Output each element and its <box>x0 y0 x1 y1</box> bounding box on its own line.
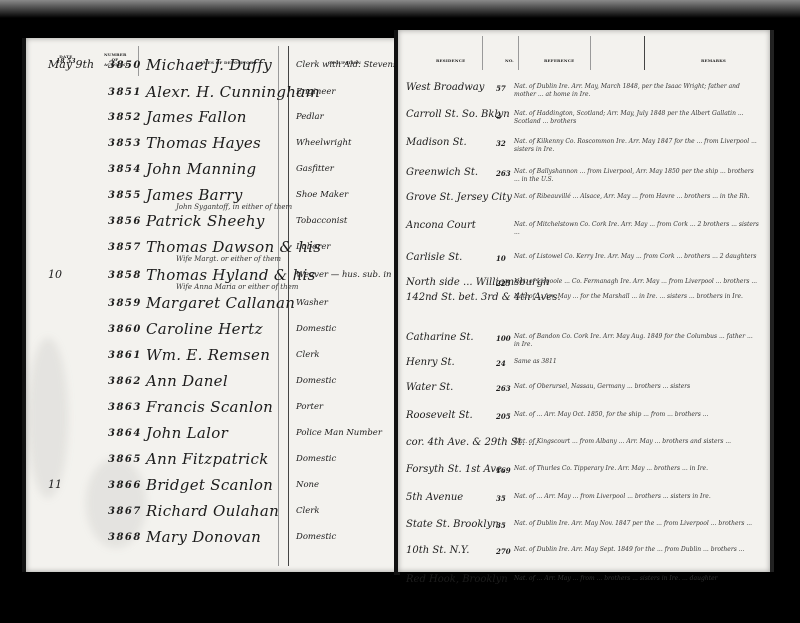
reference-text: Nat. of Listowel Co. Kerry Ire. Arr. May… <box>514 253 759 261</box>
reference-text: Nat. of ... Arr. May ... from Liverpool … <box>514 493 759 501</box>
house-number: 263 <box>496 169 511 178</box>
occupation: Laborer <box>296 242 330 252</box>
account-number: 3858 <box>108 270 142 281</box>
occupation: Domestic <box>296 324 336 334</box>
reference-text: Nat. of Kingscourt ... from Albany ... A… <box>514 438 759 446</box>
account-number: 3855 <box>108 190 142 201</box>
reference-text: Nat. of Bandon Co. Cork Ire. Arr. May Au… <box>514 333 759 348</box>
joint-account-note: Wife Margt. or either of them <box>176 255 281 263</box>
residence: Henry St. <box>406 357 455 368</box>
account-number: 3867 <box>108 506 142 517</box>
reference-text: Nat. of Oberursel, Nassau, Germany ... b… <box>514 383 759 391</box>
residence: West Broadway <box>406 82 484 93</box>
occupation: Police Man Number <box>296 428 382 438</box>
occupation: Pedlar <box>296 112 324 122</box>
depositor-name: Bridget Scanlon <box>146 476 273 494</box>
occupation: Porter <box>296 402 323 412</box>
house-number: 10 <box>496 254 506 263</box>
account-number: 3853 <box>108 138 142 149</box>
depositor-name: Wm. E. Remsen <box>146 346 270 364</box>
occupation: Domestic <box>296 454 336 464</box>
occupation: Tobacconist <box>296 216 347 226</box>
residence: Carlisle St. <box>406 252 462 263</box>
account-number: 3854 <box>108 164 142 175</box>
occupation: Domestic <box>296 532 336 542</box>
occupation: Wheelwright <box>296 138 351 148</box>
header-residence: RESIDENCE <box>436 58 465 63</box>
account-number: 3850 <box>108 60 142 71</box>
occupation: Clerk with Ald. Stevens <box>296 60 397 70</box>
account-number: 3859 <box>108 298 142 309</box>
residence: Ancona Court <box>406 220 476 231</box>
house-number: 169 <box>496 466 511 475</box>
reference-text: Nat. of ... Arr. May ... for the Marshal… <box>514 293 759 301</box>
house-number: 24 <box>496 359 506 368</box>
account-number: 3861 <box>108 350 142 361</box>
depositor-name: Thomas Hayes <box>146 134 261 152</box>
account-number: 3865 <box>108 454 142 465</box>
depositor-name: Mary Donovan <box>146 528 261 546</box>
reference-text: Nat. of Dublin Ire. Arr. May Sept. 1849 … <box>514 546 759 554</box>
depositor-name: John Lalor <box>146 424 228 442</box>
header-no: No. <box>505 58 514 63</box>
house-number: 263 <box>496 384 511 393</box>
depositor-name: Caroline Hertz <box>146 320 263 338</box>
reference-text: Nat. of Dublin Ire. Arr. May, March 1848… <box>514 83 759 98</box>
account-number: 3857 <box>108 242 142 253</box>
occupation: Clerk <box>296 350 319 360</box>
house-number: 270 <box>496 547 511 556</box>
occupation: None <box>296 480 319 490</box>
residence: 5th Avenue <box>406 492 463 503</box>
depositor-name: Francis Scanlon <box>146 398 273 416</box>
depositor-name: Richard Oulahan <box>146 502 279 520</box>
account-number: 3866 <box>108 480 142 491</box>
residence: 10th St. N.Y. <box>406 545 469 556</box>
residence: Catharine St. <box>406 332 474 343</box>
entry-date: 10 <box>48 268 62 281</box>
depositor-name: Thomas Dawson & his <box>146 238 321 256</box>
account-number: 3863 <box>108 402 142 413</box>
account-number: 3868 <box>108 532 142 543</box>
residence: Greenwich St. <box>406 167 478 178</box>
ledger-left-page: DATE 18 53 Number of Account NAMES OF DE… <box>22 38 402 572</box>
depositor-name: James Fallon <box>146 108 247 126</box>
account-number: 3851 <box>108 87 142 98</box>
entry-date: 11 <box>48 478 62 491</box>
house-number: 225 <box>496 279 511 288</box>
account-number: 3862 <box>108 376 142 387</box>
account-number: 3860 <box>108 324 142 335</box>
joint-account-note: Wife Anna Maria or either of them <box>176 283 298 291</box>
residence: Grove St. Jersey City <box>406 192 512 203</box>
depositor-name: Ann Fitzpatrick <box>146 450 269 468</box>
depositor-name: Michael J. Duffy <box>146 56 272 74</box>
residence: Madison St. <box>406 137 467 148</box>
header-remarks: REMARKS <box>701 58 726 63</box>
occupation: Washer <box>296 298 328 308</box>
residence: Water St. <box>406 382 453 393</box>
residence: Roosevelt St. <box>406 410 473 421</box>
reference-text: Nat. of Ballyshannon ... from Liverpool,… <box>514 168 759 183</box>
account-number: 3864 <box>108 428 142 439</box>
depositor-name: Patrick Sheehy <box>146 212 265 230</box>
ledger-right-page: RESIDENCE No. REFERENCE REMARKS West Bro… <box>398 30 774 572</box>
joint-account-note: John Sygantoff, in either of them <box>176 203 292 211</box>
reference-text: Nat. of Kilkenny Co. Roscommon Ire. Arr.… <box>514 138 759 153</box>
house-number: 100 <box>496 334 511 343</box>
reference-text: Nat. of ... Arr. May ... from ... brothe… <box>514 575 759 583</box>
reference-text: Nat. of ... Arr. May Oct. 1850, for the … <box>514 411 759 419</box>
house-number: 2 <box>496 111 501 120</box>
residence: Carroll St. So. Bklyn <box>406 109 510 120</box>
occupation: Domestic <box>296 376 336 386</box>
residence: Red Hook, Brooklyn <box>406 574 508 585</box>
depositor-name: John Manning <box>146 160 256 178</box>
depositor-name: Ann Danel <box>146 372 228 390</box>
entry-date: May 9th <box>48 58 94 71</box>
reference-text: Nat. of Ribeauvillé ... Alsace, Arr. May… <box>514 193 759 201</box>
depositor-name: Thomas Hyland & his <box>146 266 316 284</box>
depositor-name: James Barry <box>146 186 243 204</box>
depositor-name: Margaret Callanan <box>146 294 295 312</box>
occupation: Engineer <box>296 87 335 97</box>
occupation: Clerk <box>296 506 319 516</box>
account-number: 3856 <box>108 216 142 227</box>
residence: Forsyth St. 1st Ave. <box>406 464 505 475</box>
occupation: Shoe Maker <box>296 190 348 200</box>
reference-text: Nat. of Dublin Ire. Arr. May Nov. 1847 p… <box>514 520 759 528</box>
house-number: 57 <box>496 84 506 93</box>
house-number: 32 <box>496 139 506 148</box>
reference-text: Nat. of Thurles Co. Tipperary Ire. Arr. … <box>514 465 759 473</box>
reference-text: Nat. of Lisgoole ... Co. Fermanagh Ire. … <box>514 278 759 286</box>
account-number: 3852 <box>108 112 142 123</box>
occupation: Gasfitter <box>296 164 334 174</box>
house-number: 35 <box>496 521 506 530</box>
header-reference: REFERENCE <box>544 58 574 63</box>
residence: State St. Brooklyn <box>406 519 499 530</box>
reference-text: Nat. of Mitchelstown Co. Cork Ire. Arr. … <box>514 221 759 236</box>
depositor-name: Alexr. H. Cunningham <box>146 83 320 101</box>
reference-text: Nat. of Haddington, Scotland; Arr. May, … <box>514 110 759 125</box>
house-number: 35 <box>496 494 506 503</box>
reference-text: Same as 3811 <box>514 358 759 366</box>
house-number: 205 <box>496 412 511 421</box>
scan-edge <box>0 0 800 18</box>
